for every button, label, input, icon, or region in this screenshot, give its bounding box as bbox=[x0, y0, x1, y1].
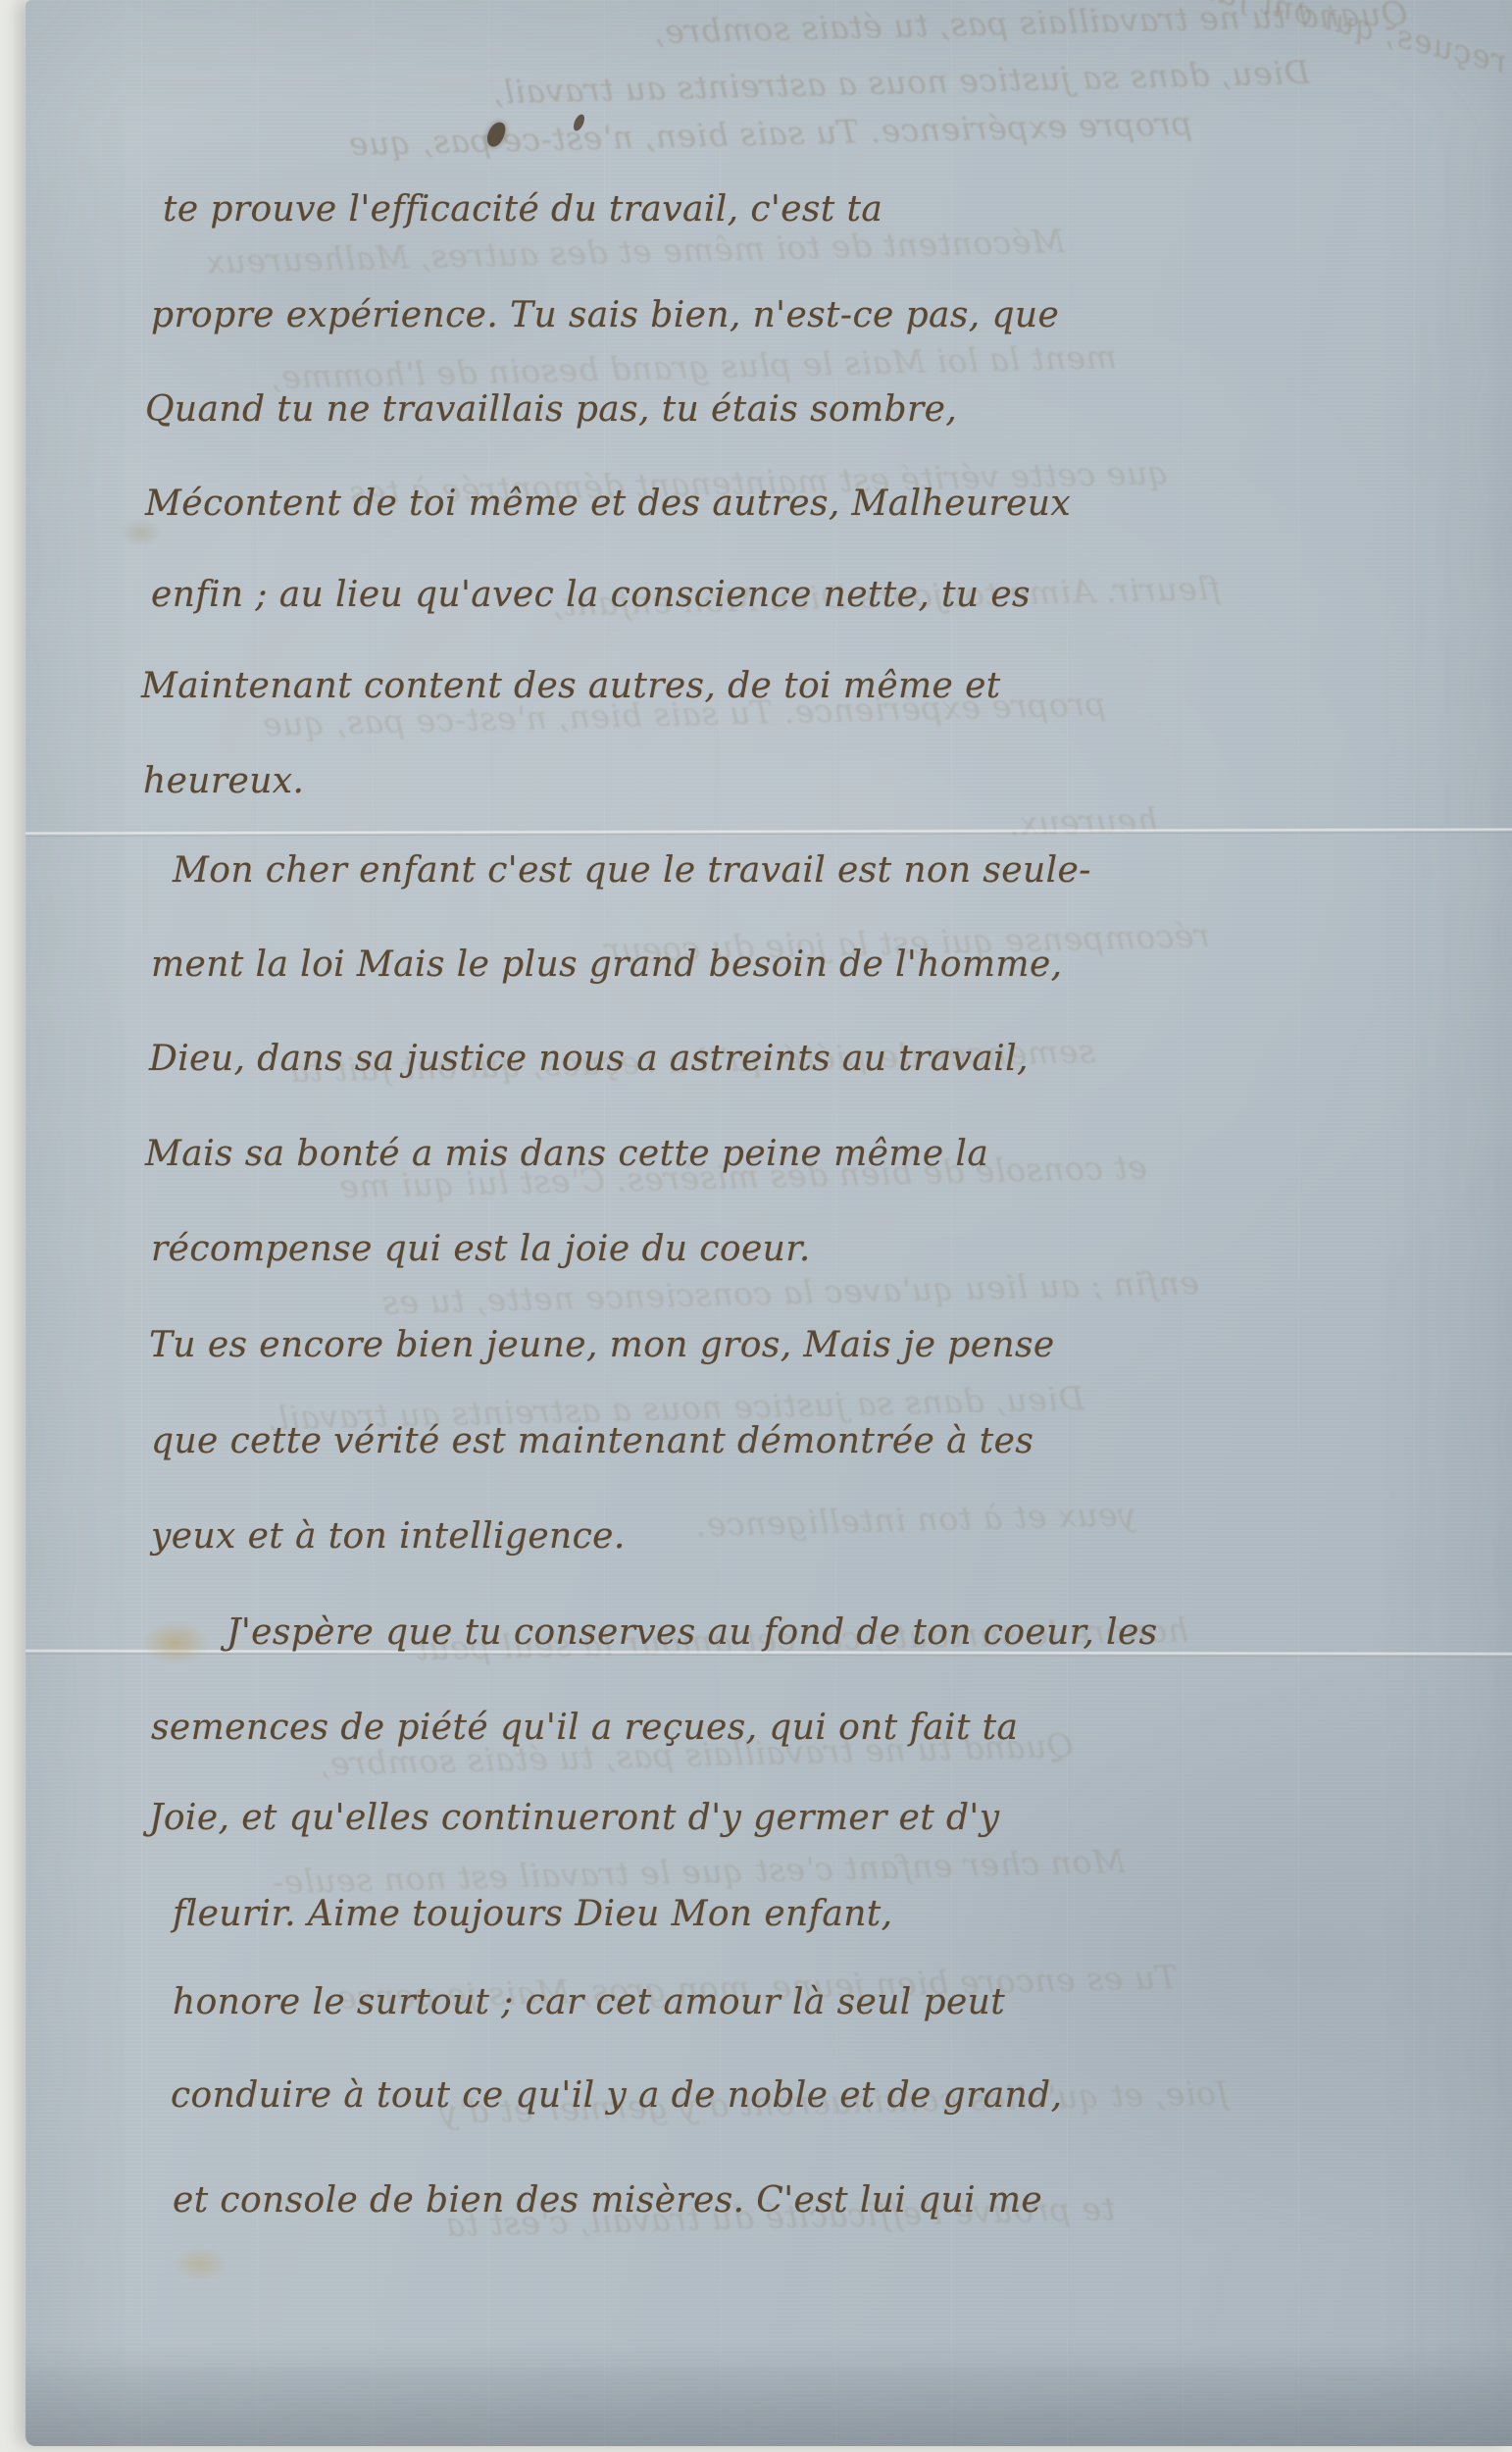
letter-line: Joie, et qu'elles continueront d'y germe… bbox=[149, 1797, 999, 1839]
letter-line: J'espère que tu conserves au fond de ton… bbox=[227, 1611, 1158, 1654]
letter-line: Mon cher enfant c'est que le travail est… bbox=[173, 849, 1091, 892]
letter-line: Mécontent de toi même et des autres, Mal… bbox=[145, 483, 1071, 525]
letter-line: honore le surtout ; car cet amour là seu… bbox=[173, 1981, 1005, 2023]
letter-line: Mais sa bonté a mis dans cette peine mêm… bbox=[145, 1133, 988, 1175]
letter-line: ment la loi Mais le plus grand besoin de… bbox=[151, 944, 1063, 986]
letter-line: te prouve l'efficacité du travail, c'est… bbox=[163, 188, 882, 230]
letter-line: heureux. bbox=[143, 760, 304, 802]
letter-line: que cette vérité est maintenant démontré… bbox=[151, 1420, 1033, 1462]
letter-line: enfin ; au lieu qu'avec la conscience ne… bbox=[151, 574, 1031, 616]
photo-background: Quand tu ne travaillais pas, tu étais so… bbox=[0, 0, 1512, 2452]
letter-line: récompense qui est la joie du coeur. bbox=[151, 1228, 811, 1270]
letter-line: Dieu, dans sa justice nous a astreints a… bbox=[149, 1038, 1029, 1080]
letter-line: Maintenant content des autres, de toi mê… bbox=[141, 665, 1001, 707]
letter-line: fleurir. Aime toujours Dieu Mon enfant, bbox=[173, 1893, 893, 1935]
letter-line: propre expérience. Tu sais bien, n'est-c… bbox=[151, 294, 1059, 336]
letter-line: et console de bien des misères. C'est lu… bbox=[173, 2179, 1042, 2222]
letter-paper: Quand tu ne travaillais pas, tu étais so… bbox=[25, 0, 1512, 2446]
letter-line: yeux et à ton intelligence. bbox=[151, 1515, 626, 1558]
letter-line: semences de piété qu'il a reçues, qui on… bbox=[151, 1707, 1018, 1749]
letter-body: te prouve l'efficacité du travail, c'est… bbox=[25, 0, 1512, 2446]
letter-line: Tu es encore bien jeune, mon gros, Mais … bbox=[149, 1324, 1055, 1366]
letter-line: Quand tu ne travaillais pas, tu étais so… bbox=[145, 388, 957, 431]
letter-line: conduire à tout ce qu'il y a de noble et… bbox=[171, 2074, 1062, 2117]
